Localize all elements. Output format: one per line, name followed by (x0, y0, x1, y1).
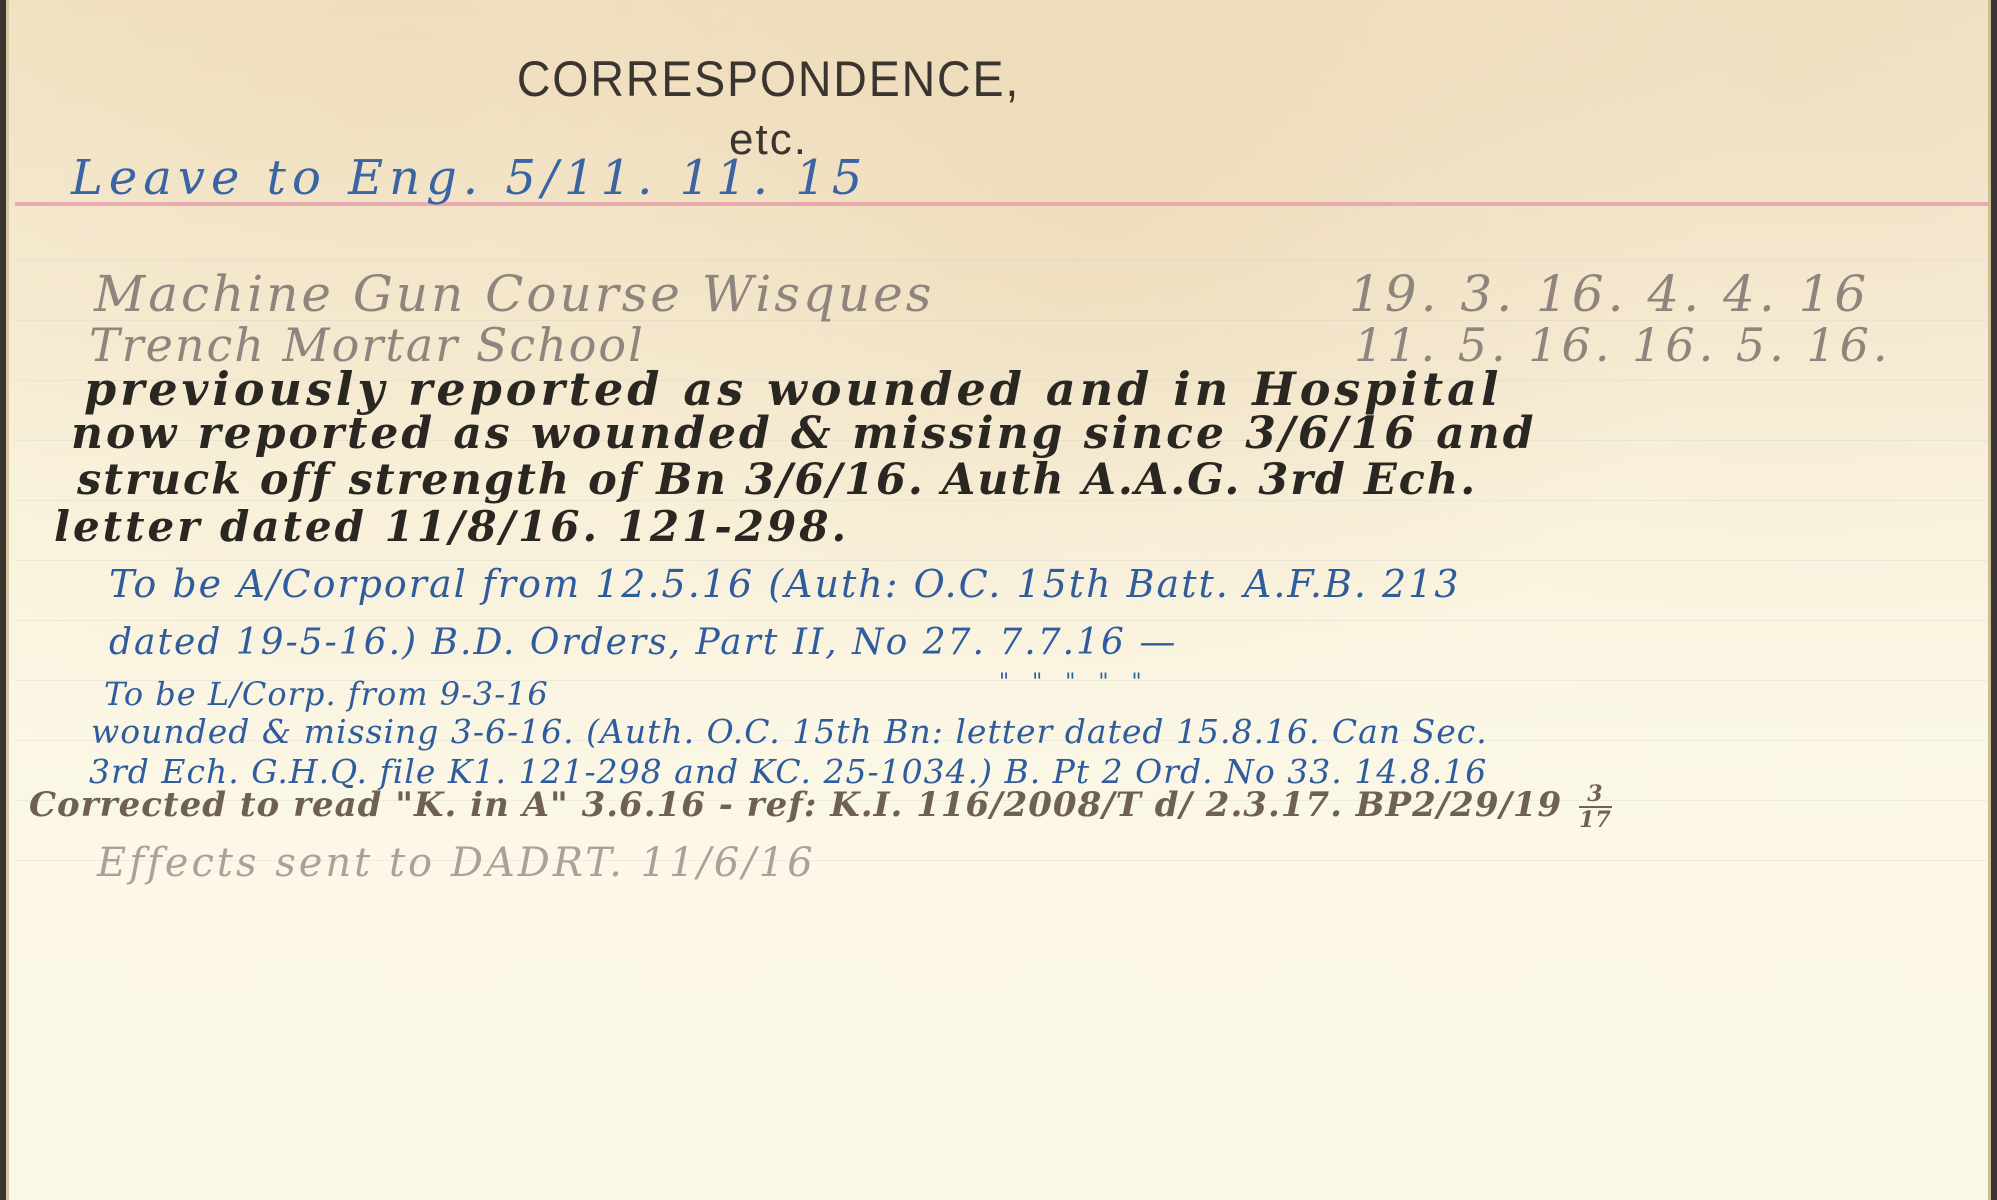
entry-machine-gun-course-dates: 19. 3. 16. 4. 4. 16 (1349, 265, 1870, 323)
entry-machine-gun-course: Machine Gun Course Wisques (94, 265, 934, 323)
entry-promotion-acting-corporal: To be A/Corporal from 12.5.16 (Auth: O.C… (109, 562, 1461, 606)
entry-promotion-lance-corporal: To be L/Corp. from 9-3-16 (104, 675, 549, 713)
ruled-line (15, 620, 1988, 621)
entry-corrected-fraction: 3 17 (1579, 782, 1612, 832)
entry-status-line-2: now reported as wounded & missing since … (71, 408, 1536, 459)
entry-wounded-missing-1: wounded & missing 3-6-16. (Auth. O.C. 15… (91, 712, 1488, 751)
fraction-numerator: 3 (1579, 782, 1612, 808)
fraction-denominator: 17 (1579, 808, 1612, 832)
entry-status-line-4: letter dated 11/8/16. 121-298. (54, 502, 849, 551)
entry-promotion-authority: dated 19-5-16.) B.D. Orders, Part II, No… (109, 622, 1177, 663)
entry-leave: Leave to Eng. 5/11. 11. 15 (71, 150, 868, 206)
entry-status-line-3: struck off strength of Bn 3/6/16. Auth A… (77, 455, 1477, 505)
entry-effects-sent: Effects sent to DADRT. 11/6/16 (97, 840, 816, 886)
entry-corrected-kia: Corrected to read "K. in A" 3.6.16 - ref… (29, 782, 1612, 832)
entry-ditto-marks: " " " " " (999, 670, 1150, 695)
card-title: CORRESPONDENCE, (0, 50, 1689, 108)
correspondence-record-card: CORRESPONDENCE, etc. Leave to Eng. 5/11.… (6, 0, 1991, 1200)
ruled-line (15, 260, 1988, 261)
entry-corrected-text: Corrected to read "K. in A" 3.6.16 - ref… (29, 785, 1562, 825)
ruled-line (15, 560, 1988, 561)
